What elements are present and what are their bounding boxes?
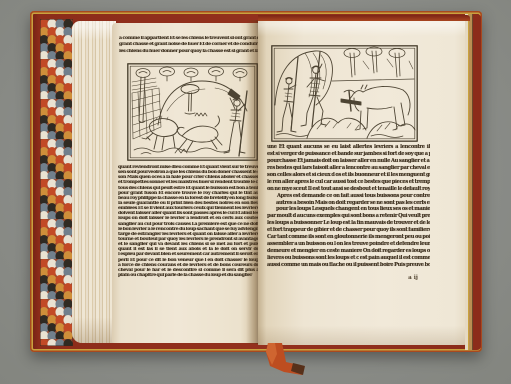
text-line: sanglier au cul pour trois causes La pre…: [118, 222, 258, 227]
text-line: demeure et mengier en ceste maniere On d…: [267, 248, 430, 255]
tree-row: [136, 67, 247, 81]
right-woodcut-wolf-hunt-scene: [271, 45, 418, 142]
text-line: lievres ou buissons sont les loups et c …: [267, 255, 430, 262]
text-line: et trompettes sonner et les maistres hue…: [118, 180, 258, 185]
text-line: Apres est demande ce on fait aussi tous …: [267, 193, 430, 200]
text-line: assembler a un buisson ou l on les treuv…: [267, 241, 430, 248]
text-line: Car tant comme ils sont en gloutonnerie …: [267, 234, 430, 241]
text-line: loups on doit laisser le levrier a lendr…: [118, 216, 258, 221]
left-page: a comme il appartient Et se les chiens l…: [112, 23, 258, 343]
crossbow: [341, 90, 361, 111]
foreground-hillocks: [307, 118, 415, 138]
text-line: peril Et pour ce dit le bon veneur que l…: [118, 258, 258, 263]
right-page: une Et quant aucuns se eu laist allertes…: [258, 20, 467, 345]
text-line: les loups a buissonner Le loup est la fi…: [267, 220, 430, 227]
left-page-header-text: a comme il appartient Et se les chiens l…: [119, 36, 258, 55]
left-page-body-text: quant reviendront mise dieu comme Et qua…: [118, 165, 258, 278]
text-line: les chiens du huer donner pour quoy la c…: [119, 49, 258, 55]
text-line: pour les loups Lesquels changent en tous…: [267, 206, 430, 213]
text-line: l espieu par devant bien et seurement ca…: [118, 252, 258, 257]
hound: [177, 116, 222, 151]
text-line: res bestes qui lars faisoit aller a lenc…: [267, 165, 430, 172]
marbled-fore-edge: [40, 19, 73, 346]
text-line: tous des chiens qui peult estre Et quant…: [118, 186, 258, 191]
wolf: [349, 85, 410, 130]
text-line: son celles alors et si cieux d os et ils…: [267, 172, 430, 179]
hunter-two: [301, 52, 326, 127]
page-stack-edges: [72, 21, 116, 343]
ribbon-bookmark: [260, 338, 320, 384]
hunter-with-horn: [224, 89, 247, 156]
field-hatch: [132, 78, 157, 90]
horizon: [332, 79, 414, 81]
hunter-one: [277, 57, 298, 132]
text-line: autres a besoin Mais on doit regarder se…: [267, 200, 430, 207]
ground: [276, 134, 403, 138]
right-cover-edge: [465, 14, 481, 350]
left-woodcut-hunting-scene: [127, 63, 258, 161]
photo-scene: a comme il appartient Et se les chiens l…: [0, 0, 511, 384]
text-line: aussi comme un mais ou flache ou il puis…: [267, 262, 430, 269]
text-line: on ne mye sceut Il est tout ansi se desb…: [267, 186, 430, 193]
hunting-net: [132, 88, 161, 139]
top-cover-line: [258, 15, 470, 21]
text-line: par moult d aucuns exemples qui sont bon…: [267, 213, 430, 220]
trees: [344, 47, 413, 77]
text-line: est si verger de puissance et bande sur …: [267, 151, 430, 158]
text-line: et fort trappeur de gibier et de chasser…: [267, 227, 430, 234]
signature-mark: a ij: [398, 275, 428, 281]
text-line: plain ou chapitre qui parle de la chasse…: [118, 273, 258, 278]
text-line: grant chasse et grant noise de huer Et d…: [119, 42, 258, 48]
text-line: pourchasse Et jamais doit on laisser all…: [267, 158, 430, 165]
text-line: le ren aller apres le cul car aussi tost…: [267, 179, 430, 186]
text-line: une Et quant aucuns se eu laist allertes…: [267, 144, 430, 151]
large-mound: [275, 51, 332, 105]
right-page-body-text: une Et quant aucuns se eu laist allertes…: [267, 144, 430, 269]
